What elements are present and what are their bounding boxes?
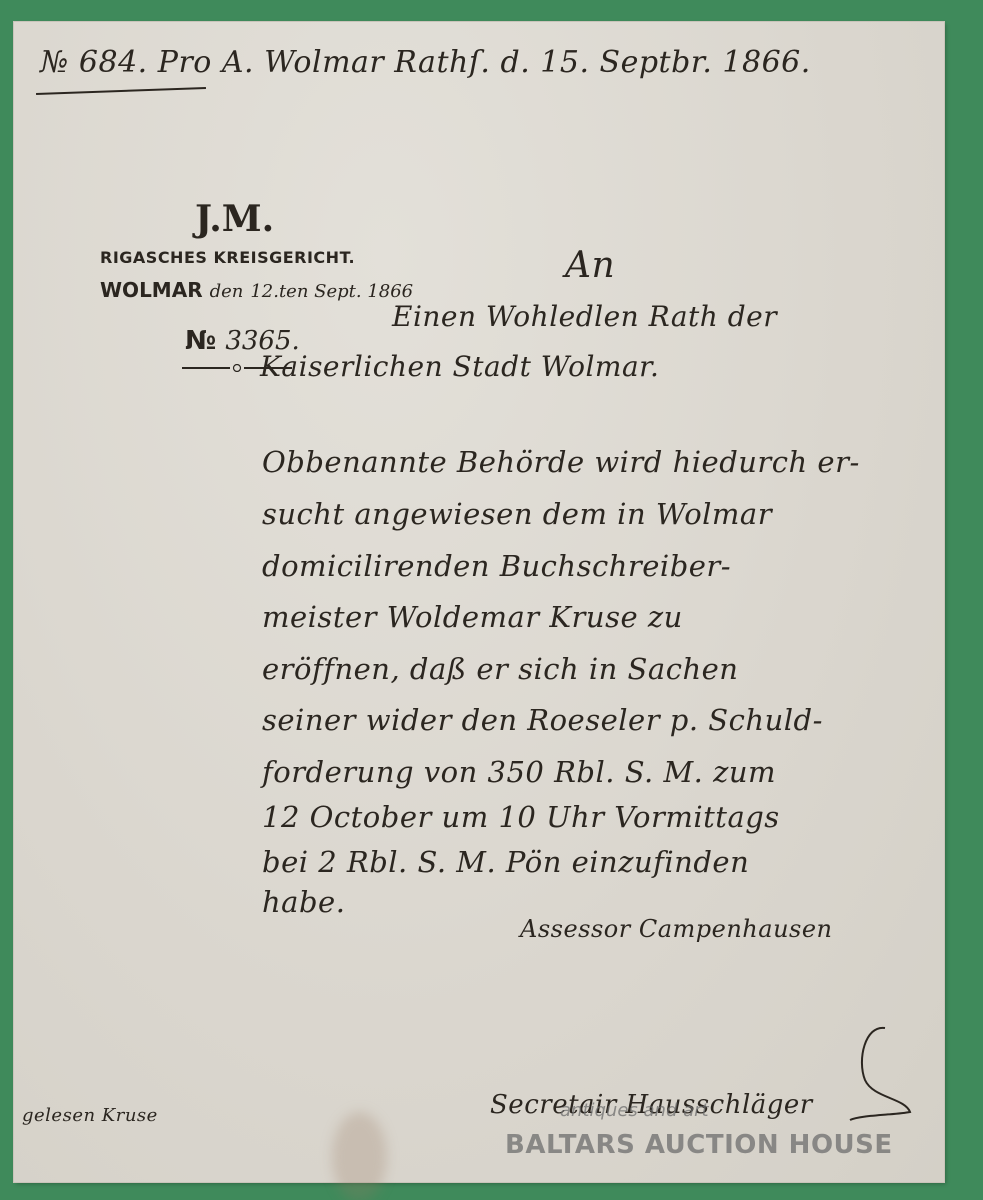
address-line-3: Kaiserlichen Stadt Wolmar. [260, 350, 659, 383]
header-registry-line: № 684. Pro A. Wolmar Rathſ. d. 15. Septb… [40, 45, 811, 80]
signature-assessor: Assessor Campenhausen [520, 915, 833, 943]
paper-stain [332, 1112, 387, 1200]
watermark-subtitle: antiques and art [560, 1100, 709, 1121]
body-line: meister Woldemar Kruse zu [262, 600, 683, 634]
body-line: domicilirenden Buchschreiber- [262, 549, 731, 583]
stamp-number-label: № [185, 326, 216, 356]
stamp-city: WOLMAR [100, 278, 203, 302]
body-line: sucht angewiesen dem in Wolmar [262, 497, 772, 531]
body-line: seiner wider den Roeseler p. Schuld- [262, 703, 823, 737]
stamp-initials: J.M. [195, 198, 274, 240]
stamp-date: 12.ten Sept. 1866 [250, 281, 413, 302]
side-note-read: gelesen Kruse [22, 1105, 158, 1126]
body-line: Obbenannte Behörde wird hiedurch er- [262, 445, 860, 479]
signature-flourish-icon [845, 1020, 915, 1130]
address-an: An [565, 245, 615, 286]
body-line: forderung von 350 Rbl. S. M. zum [262, 755, 776, 789]
stamp-court-name: RIGASCHES KREISGERICHT. [100, 248, 355, 267]
stamp-date-prefix: den [210, 281, 244, 302]
address-line-2: Einen Wohledlen Rath der [392, 300, 777, 333]
watermark-title: BALTARS AUCTION HOUSE [505, 1130, 893, 1160]
body-line: 12 October um 10 Uhr Vormittags [262, 800, 780, 834]
body-line: habe. [262, 885, 345, 919]
body-line: eröffnen, daß er sich in Sachen [262, 652, 738, 686]
body-line: bei 2 Rbl. S. M. Pön einzufinden [262, 845, 749, 879]
stamp-city-date: WOLMAR den 12.ten Sept. 1866 [100, 278, 413, 302]
